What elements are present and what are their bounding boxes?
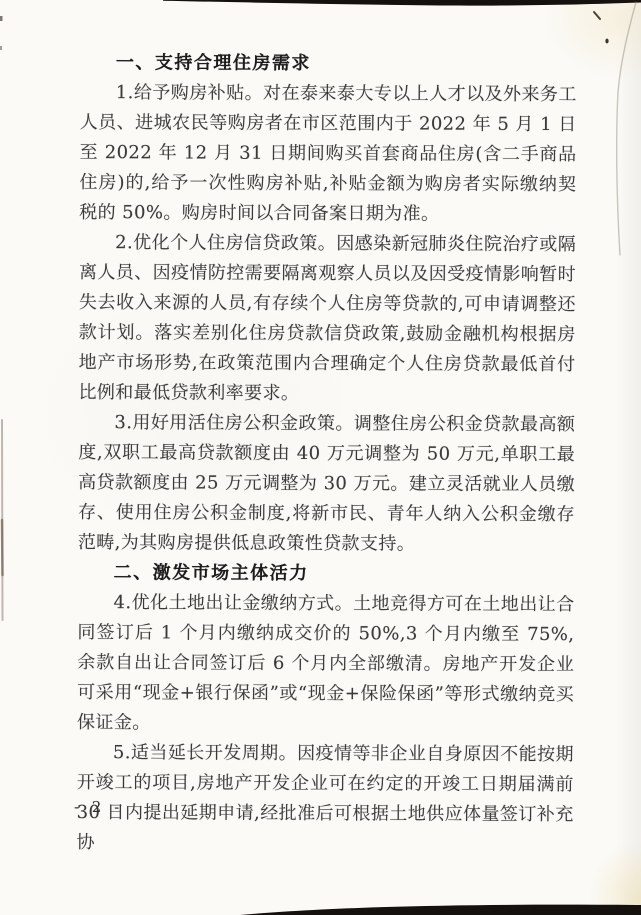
scan-speck-dot [605, 39, 608, 44]
paragraph-housing-subsidy: 1.给予购房补贴。对在泰来泰大专以上人才以及外来务工人员、进城农民等购房者在市区… [79, 78, 577, 230]
document-body: 一、支持合理住房需求 1.给予购房补贴。对在泰来泰大专以上人才以及外来务工人员、… [76, 48, 577, 860]
scan-speck-left-1 [0, 16, 3, 21]
section-heading-market-vitality: 二、激发市场主体活力 [78, 558, 575, 590]
scan-fold-line [617, 2, 636, 255]
scan-left-edge-dark-segment [2, 520, 3, 575]
scan-speck-left-2 [0, 46, 2, 50]
scan-speck-tick [594, 12, 600, 19]
scanned-document-page: 一、支持合理住房需求 1.给予购房补贴。对在泰来泰大专以上人才以及外来务工人员、… [0, 0, 641, 915]
scan-left-edge-line [2, 420, 3, 620]
paragraph-land-transfer-payment: 4.优化土地出让金缴纳方式。土地竞得方可在土地出让合同签订后 1 个月内缴纳成交… [77, 588, 575, 740]
page-number: - 2 - [74, 798, 123, 816]
section-heading-support-housing-demand: 一、支持合理住房需求 [80, 48, 577, 80]
scan-top-edge-band [163, 0, 641, 6]
paragraph-development-period-extension: 5.适当延长开发周期。因疫情等非企业自身原因不能按期开竣工的项目,房地产开发企业… [76, 738, 574, 860]
paragraph-personal-housing-credit: 2.优化个人住房信贷政策。因感染新冠肺炎住院治疗或隔离人员、因疫情防控需要隔离观… [78, 228, 576, 410]
paragraph-housing-provident-fund: 3.用好用活住房公积金政策。调整住房公积金贷款最高额度,双职工最高贷款额度由 4… [78, 408, 576, 560]
scan-bottom-edge-band [240, 905, 641, 915]
